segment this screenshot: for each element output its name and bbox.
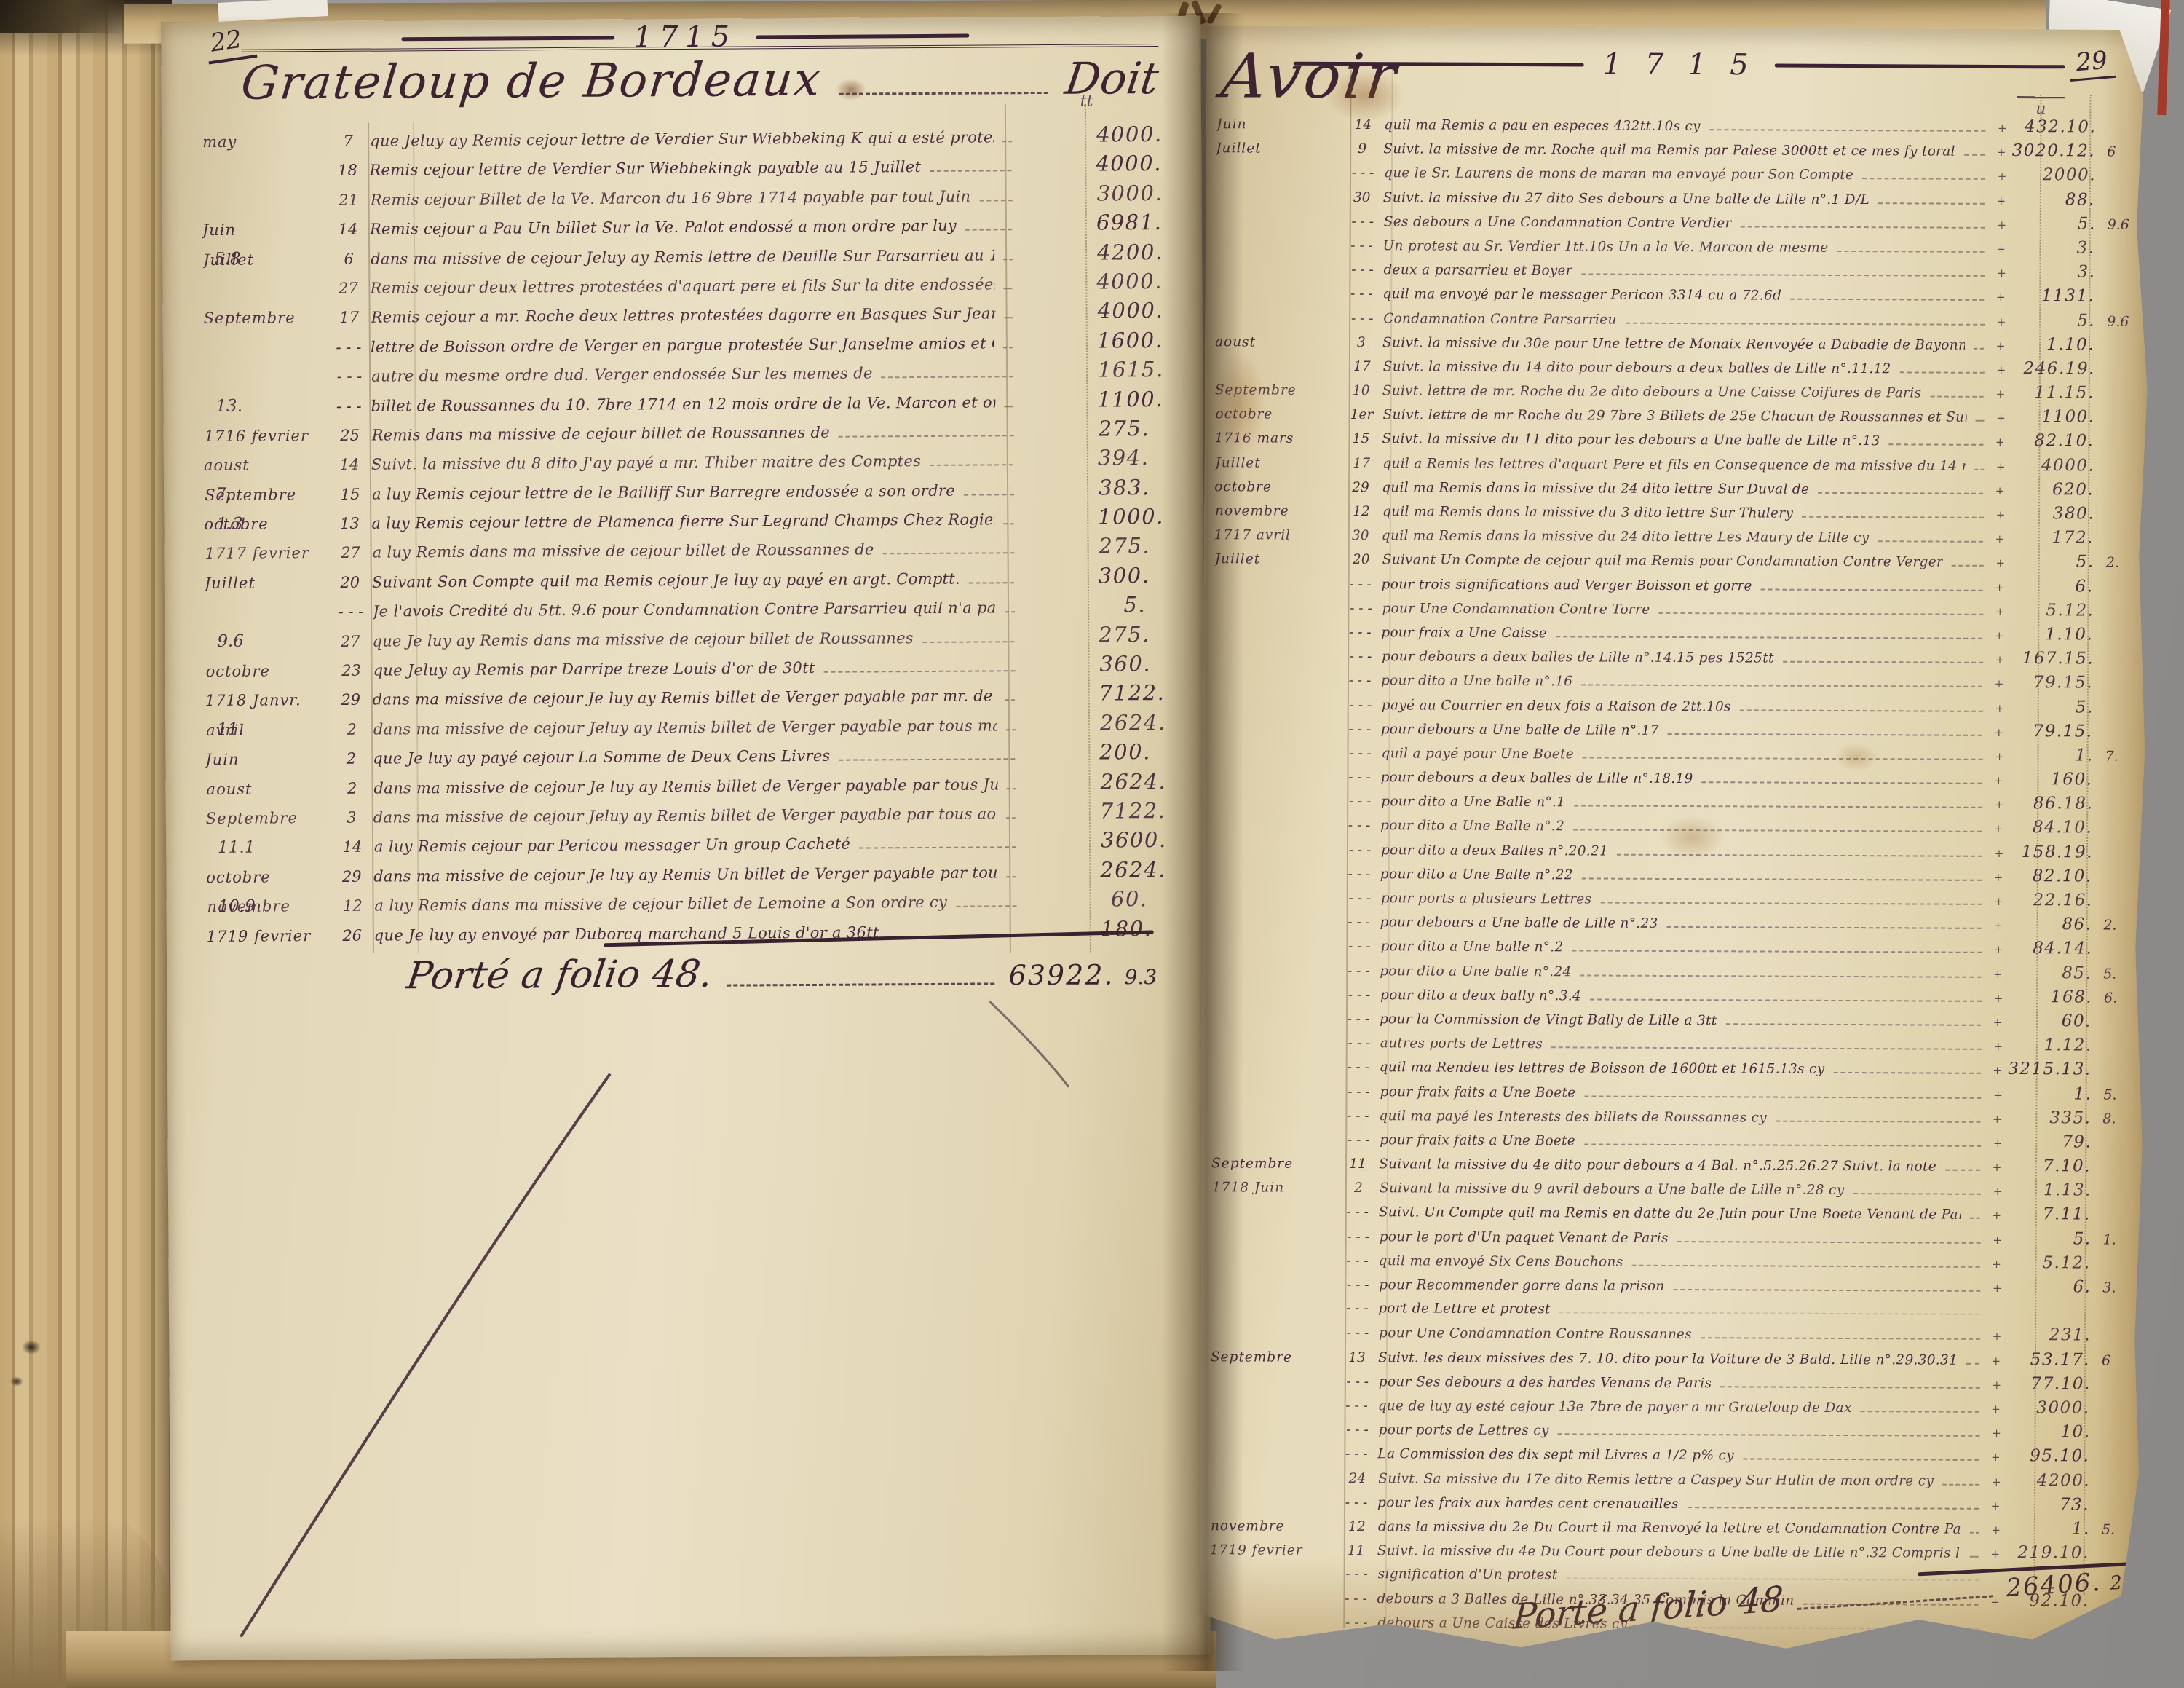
entry-cross-mark: + [1989, 817, 2008, 841]
entry-dash-filler [839, 758, 1016, 760]
entry-text: a luy Remis dans ma missive de cejour bi… [372, 535, 874, 567]
ledger-row: - - - autre du mesme ordre dud. Verger e… [204, 355, 1144, 390]
entry-text: Suivt. la missive de mr. Roche quil ma R… [1383, 137, 1955, 163]
entry-description: pour dito a Une Balle n°.22 [1380, 862, 1989, 889]
entry-dash-filler [1004, 406, 1013, 407]
ledger-row: 1717 avril 30 quil ma Remis dans la miss… [1214, 522, 2133, 551]
entry-cross-mark: + [1987, 1204, 2006, 1228]
entry-dash-filler [1003, 347, 1013, 348]
entry-cross-mark: + [1989, 1035, 2008, 1059]
entry-cross-mark: + [1990, 793, 2009, 817]
entry-amount-sub: 5. [2092, 1083, 2131, 1107]
entry-text: pour fraix faits a Une Boete [1380, 1080, 1575, 1105]
entry-dash-filler [1582, 877, 1982, 880]
entry-dash-filler [1964, 154, 1985, 156]
entry-dash-filler [930, 465, 1013, 467]
entry-amount: 5.12. [2006, 1251, 2090, 1276]
entry-day: - - - [1335, 1611, 1377, 1635]
entry-dash-filler [1581, 685, 1982, 687]
entry-text: Suivt. la missive du 14 dito pour debour… [1383, 355, 1891, 381]
entry-cross-mark: + [1988, 1083, 2007, 1107]
entry-amount: 60. [2007, 1009, 2092, 1034]
entry-dash-filler [859, 847, 1016, 849]
entry-description: Un protest au Sr. Verdier 1tt.10s Un a l… [1383, 234, 1992, 261]
entry-dash-filler [1974, 347, 1984, 349]
entry-dash-filler [1004, 523, 1014, 524]
entry-dash-filler [1573, 829, 1982, 832]
entry-day: - - - [1337, 1104, 1379, 1128]
entry-description: pour le port d'Un paquet Venant de Paris [1380, 1225, 1988, 1252]
entry-cross-mark: + [1992, 309, 2011, 334]
entry-cross-mark: + [1987, 1156, 2006, 1180]
entry-text: Suivt. la missive du 27 dito Ses debours… [1383, 186, 1870, 212]
entry-description: pour dito a deux bally n°.3.4 [1380, 983, 1989, 1010]
entry-day: - - - [1337, 1321, 1379, 1345]
entry-dash-filler [1889, 444, 1984, 446]
entry-cross-mark: + [1992, 358, 2011, 382]
entry-dash-filler [1551, 1046, 1982, 1050]
ledger-row: novembre 12 dans la missive du 2e Du Cou… [1211, 1513, 2129, 1542]
entry-dash-filler [1783, 661, 1983, 663]
entry-text: Remis cejour Billet de la Ve. Marcon du … [371, 181, 971, 214]
year-label: 1 7 1 5 [1603, 48, 1756, 82]
entry-cross-mark: + [1988, 1059, 2007, 1083]
entry-amount: 1600. [1097, 326, 1144, 355]
entry-text: Suivant la missive du 4e dito pour debou… [1379, 1152, 1936, 1178]
entry-day: 1er [1341, 403, 1383, 427]
entry-amount: 172. [2009, 526, 2094, 551]
entry-dash-filler [979, 200, 1012, 201]
ledger-row: may 7 que Jeluy ay Remis cejour lettre d… [202, 119, 1143, 154]
left-total-amount: 63922. [1009, 958, 1115, 991]
entry-day: - - - [1337, 1128, 1380, 1152]
entry-dash-filler [1878, 540, 1983, 543]
entry-day: 30 [1340, 524, 1382, 548]
entry-amount: 3. [2011, 236, 2095, 261]
entry-dash-filler [1743, 1459, 1979, 1461]
entry-day: 14 [326, 215, 370, 244]
entry-cross-mark: + [1990, 527, 2009, 551]
entry-date: aoust [204, 450, 328, 480]
entry-amount: 7122. [1100, 796, 1147, 825]
entry-day: - - - [1339, 620, 1381, 644]
entry-description: Remis cejour a mr. Roche deux lettres pr… [371, 299, 1021, 332]
entry-amount: 7122. [1099, 679, 1146, 708]
entry-day: - - - [1337, 910, 1380, 934]
entry-dash-filler [1952, 565, 1984, 567]
entry-dash-filler [1617, 853, 1982, 856]
entry-text: pour fraix a Une Caisse [1381, 620, 1547, 645]
entry-dash-filler [1702, 781, 1982, 784]
entry-description: pour Une Condamnation Contre Roussannes [1379, 1322, 1987, 1349]
ledger-row: 14 a luy Remis cejour par Pericou messag… [207, 826, 1147, 861]
entry-amount: 275. [1098, 414, 1144, 443]
ledger-row: - - - pour fraix faits a Une Boete + 1. … [1212, 1078, 2131, 1107]
entry-text: Un protest au Sr. Verdier 1tt.10s Un a l… [1383, 234, 1829, 260]
entry-description: La Commission des dix sept mil Livres a … [1377, 1443, 1986, 1470]
entry-text: pour ports a plusieurs Lettres [1381, 886, 1592, 911]
ledger-row: - - - pour la Commission de Vingt Bally … [1212, 1006, 2131, 1034]
entry-day: - - - [1339, 669, 1381, 693]
entry-cross-mark: + [1988, 1011, 2007, 1035]
entry-day: 10 [1340, 379, 1382, 403]
entry-dash-filler [1790, 299, 1984, 301]
ledger-row: Septembre 10 Suivt. lettre de mr. Roche … [1215, 377, 2134, 406]
entry-text: pour dito a Une Balle n°.2 [1380, 814, 1564, 839]
entry-day: 29 [330, 861, 373, 891]
entry-text: payé au Courrier en deux fois a Raison d… [1382, 693, 1731, 719]
entry-amount: 86.18. [2009, 792, 2093, 816]
entry-day: 2 [1337, 1176, 1380, 1200]
ledger-row: - - - pour trois significations aud Verg… [1214, 571, 2133, 599]
entry-dash-filler [1668, 733, 1982, 736]
ledger-row: - - - que le Sr. Laurens de mons de mara… [1216, 160, 2135, 189]
entry-description: que Je luy ay envoyé par Duborcq marchan… [374, 917, 1024, 950]
entry-description: a luy Remis cejour lettre de le Bailliff… [372, 476, 1021, 508]
entry-text: La Commission des dix sept mil Livres a … [1377, 1443, 1734, 1468]
entry-description: pour Ses debours a des hardes Venans de … [1379, 1370, 1987, 1397]
entry-date: Septembre [204, 303, 328, 333]
entry-description: port de Lettre et protest [1378, 1296, 1987, 1323]
entry-date: Juin [205, 744, 329, 774]
entry-cross-mark: + [1989, 866, 2008, 890]
entry-description: dans ma missive de cejour Jeluy ay Remis… [373, 711, 1023, 744]
entry-cross-mark: + [1988, 1132, 2007, 1156]
entry-description: Suivt. la missive du 4e Du Court pour de… [1377, 1539, 1986, 1566]
entry-dash-filler [1574, 805, 1982, 808]
entry-description: Suivt. lettre de mr. Roche du 2e dito de… [1382, 379, 1991, 406]
entry-date: novembre [207, 891, 331, 921]
entry-dash-filler [1600, 902, 1982, 905]
entry-dash-filler [1626, 322, 1985, 325]
entry-date [205, 617, 329, 618]
entry-day: 3 [330, 803, 373, 832]
entry-description: quil ma payé les Interests des billets d… [1379, 1104, 1987, 1131]
entry-text: pour Une Condamnation Contre Torre [1382, 596, 1650, 622]
ledger-row: - - - Suivt. Un Compte quil ma Remis en … [1211, 1199, 2130, 1228]
entry-amount: 3000. [2006, 1396, 2090, 1421]
entry-dash-filler [1969, 1556, 1979, 1558]
entry-amount: 3. [2011, 260, 2095, 285]
entry-description: a luy Remis cejour par Pericou messager … [374, 829, 1024, 861]
entry-date [207, 852, 331, 853]
entry-day: 24 [1336, 1466, 1378, 1490]
entry-cross-mark: + [1989, 938, 2008, 962]
entry-day: - - - [329, 597, 373, 626]
entry-amount: 4000. [1096, 119, 1143, 149]
entry-dash-filler [1970, 1532, 1979, 1534]
ledger-row: octobre 1er Suivt. lettre de mr Roche du… [1216, 401, 2134, 430]
entry-cross-mark: + [1989, 987, 2008, 1011]
entry-day: 11 [1337, 1152, 1379, 1176]
ledger-row: - - - La Commission des dix sept mil Liv… [1210, 1441, 2129, 1470]
entry-description: pour ports de Lettres cy [1378, 1418, 1987, 1445]
entry-description: pour debours a deux balles de Lille n°.1… [1380, 765, 1989, 792]
entry-day: 26 [331, 920, 374, 950]
entry-dash-filler [1878, 202, 1985, 205]
ledger-row: 1719 fevrier 11 Suivt. la missive du 4e … [1210, 1537, 2129, 1566]
entry-dash-filler [1572, 950, 1982, 953]
entry-day: - - - [1336, 1418, 1378, 1442]
entry-amount: 3000. [1096, 178, 1143, 208]
entry-text: Suivt. Un Compte quil ma Remis en datte … [1379, 1201, 1961, 1227]
entry-description: Remis cejour Billet de la Ve. Marcon du … [371, 181, 1020, 214]
carried-forward-label: Porté a folio 48. [404, 953, 715, 998]
entry-dash-filler [1776, 1120, 1980, 1122]
entry-amount: 2624. [1100, 767, 1147, 796]
entry-text: quil ma envoyé par le messager Pericon 3… [1382, 283, 1781, 308]
entry-day: 12 [331, 891, 374, 920]
entry-text: deux a parsarrieu et Boyer [1383, 258, 1572, 283]
entry-dash-filler [930, 170, 1011, 173]
entry-amount-sub: 6 [2090, 1349, 2129, 1373]
entry-description: pour dito a Une balle n°.2 [1380, 935, 1989, 962]
entry-dash-filler [1583, 757, 1983, 760]
ledger-row: Juin 14 quil ma Remis a pau en especes 4… [1216, 111, 2135, 140]
entry-cross-mark: + [1992, 237, 2011, 261]
entry-day: - - - [1336, 1562, 1378, 1586]
entry-cross-mark: + [1987, 1108, 2006, 1132]
entry-cross-mark: + [1987, 1470, 2006, 1494]
entry-amount: 180. [1101, 914, 1147, 943]
entry-amount-sub: 1.3 [205, 509, 328, 539]
entry-description: quil a Remis les lettres d'aquart Pere e… [1382, 451, 1991, 478]
ledger-row: novembre 12 quil ma Remis dans la missiv… [1215, 498, 2134, 526]
entry-day: - - - [1338, 983, 1380, 1007]
entry-text: a luy Remis cejour par Pericou messager … [374, 829, 850, 861]
entry-cross-mark: + [1987, 1277, 2006, 1301]
entry-description: Suivt. la missive de mr. Roche quil ma R… [1383, 137, 1992, 164]
entry-dash-filler [1862, 178, 1985, 180]
entry-dash-filler [1674, 1289, 1981, 1292]
account-name: Grateloup de Bordeaux [239, 53, 824, 111]
left-total-row: Porté a folio 48. 63922. 9.3 [407, 950, 1157, 998]
entry-amount: 11.15. [2010, 381, 2094, 406]
entry-day: 6 [327, 244, 371, 273]
entry-day: - - - [1338, 1031, 1380, 1055]
ledger-row: - - - que de luy ay esté cejour 13e 7bre… [1211, 1392, 2129, 1421]
entry-dash-filler [1688, 1507, 1979, 1510]
entry-dash-filler [1590, 998, 1982, 1001]
entry-cross-mark: + [1992, 141, 2011, 165]
ledger-row: 1716 mars 15 Suivt. la missive du 11 dit… [1214, 426, 2133, 454]
ledger-row: - - - pour dito a deux Balles n°.20.21 +… [1214, 837, 2132, 865]
entry-description: pour trois significations aud Verger Boi… [1382, 572, 1990, 599]
entry-date: 1717 fevrier [205, 538, 328, 568]
entry-amount: 82.10. [2009, 429, 2094, 454]
ledger-row: novembre 12 a luy Remis dans ma missive … [207, 884, 1147, 919]
entry-day: - - - [1340, 644, 1382, 669]
entry-day: 20 [1340, 548, 1382, 572]
entry-date: may [202, 127, 326, 157]
entry-description: Suivt. Sa missive du 17e dito Remis lett… [1378, 1467, 1987, 1494]
entry-day: - - - [1337, 1273, 1379, 1297]
entry-cross-mark: + [1991, 382, 2010, 406]
entry-day: - - - [1335, 1491, 1377, 1515]
entry-day: 9 [1341, 137, 1383, 161]
entry-amount: 275. [1099, 532, 1145, 561]
entry-text: Suivt. la missive du 11 dito pour les de… [1382, 427, 1880, 454]
entry-date [203, 205, 327, 206]
entry-dash-filler [1720, 1386, 1980, 1389]
entry-description: pour dito a Une balle n°.24 [1380, 959, 1988, 986]
entry-day: 23 [329, 656, 373, 685]
ledger-row: - - - pour Ses debours a des hardes Vena… [1211, 1368, 2130, 1397]
entry-dash-filler [1005, 611, 1015, 612]
entry-description: Suivant la missive du 9 avril debours a … [1380, 1176, 1988, 1203]
ledger-row: - - - pour les fraix aux hardes cent cre… [1210, 1489, 2129, 1518]
ledger-row: - - - pour debours a deux balles de Lill… [1213, 764, 2132, 792]
entry-text: a luy Remis dans ma missive de cejour bi… [374, 888, 947, 920]
entry-text: pour Une Condamnation Contre Roussannes [1379, 1322, 1692, 1347]
entry-description: autres ports de Lettres [1380, 1031, 1989, 1058]
ledger-row: 24 Suivt. Sa missive du 17e dito Remis l… [1211, 1465, 2129, 1494]
entry-text: Suivant la missive du 9 avril debours a … [1380, 1176, 1845, 1202]
photo-corner-shadow [0, 0, 124, 33]
entry-text: Suivt. les deux missives des 7. 10. dito… [1378, 1346, 1958, 1372]
entry-cross-mark: + [1988, 1228, 2007, 1253]
entry-amount-sub: 2. [2094, 551, 2134, 575]
entry-amount: 360. [1099, 649, 1146, 678]
ledger-row: - - - autres ports de Lettres + 1.12. [1213, 1030, 2132, 1058]
entry-date: Septembre [205, 480, 328, 510]
entry-dash-filler [882, 376, 1014, 378]
entry-amount: 167.15. [2009, 647, 2094, 671]
ledger-row: 21 Remis cejour Billet de la Ve. Marcon … [203, 178, 1144, 213]
entry-amount: 86. [2007, 912, 2092, 937]
entry-cross-mark: + [1990, 600, 2009, 624]
entry-dash-filler [839, 435, 1014, 437]
entry-day: 17 [1340, 451, 1382, 476]
entry-amount-sub: 6 [2095, 141, 2134, 165]
entry-amount-sub: 7. [2093, 744, 2132, 768]
entry-day: - - - [1340, 282, 1382, 306]
entry-day: 27 [326, 274, 370, 303]
entry-text: Suivt. lettre de mr. Roche du 2e dito de… [1382, 379, 1922, 405]
ledger-row: 1718 Juin 2 Suivant la missive du 9 avri… [1212, 1175, 2131, 1203]
entry-amount: 1100. [1097, 384, 1144, 414]
entry-dash-filler [1658, 612, 1983, 615]
ledger-row: - - - pour le port d'Un paquet Venant de… [1212, 1223, 2131, 1252]
entry-description: Suivt. les deux missives des 7. 10. dito… [1378, 1346, 1987, 1373]
entry-text: quil ma Remis dans la missive du 24 dito… [1382, 524, 1870, 550]
entry-text: Condamnation Contre Parsarrieu [1383, 307, 1617, 331]
entry-date: octobre [206, 862, 330, 892]
entry-amount: 84.14. [2008, 936, 2092, 961]
entry-text: pour Ses debours a des hardes Venans de … [1379, 1370, 1712, 1395]
entry-dash-filler [1930, 396, 1983, 398]
entry-dash-filler [956, 905, 1016, 907]
entry-date: Juillet [203, 245, 327, 275]
ledger-row: - - - pour ports a plusieurs Lettres + 2… [1214, 885, 2132, 913]
ledger-row: Septembre 11 Suivant la missive du 4e di… [1211, 1151, 2130, 1179]
entry-day: - - - [1336, 1296, 1378, 1320]
entry-description: pour dito a Une balle n°.16 [1381, 669, 1990, 696]
entry-text: pour ports de Lettres cy [1378, 1418, 1548, 1443]
entry-amount: 5. [2009, 695, 2094, 719]
entry-amount: 200. [1099, 737, 1146, 766]
book-stacked-page-edges [0, 0, 172, 1688]
ledger-row: - - - pour debours a Une balle de Lille … [1214, 716, 2132, 744]
entry-text: pour Recommender gorre dans la prison [1379, 1273, 1664, 1298]
entry-cross-mark: + [1990, 575, 2009, 599]
entry-amount: 231. [2006, 1323, 2091, 1348]
entry-text: quil a Remis les lettres d'aquart Pere e… [1382, 451, 1966, 478]
entry-day: 18 [325, 156, 369, 185]
entry-cross-mark: + [1990, 842, 2009, 866]
entry-text: autre du mesme ordre dud. Verger endossé… [371, 359, 873, 391]
entry-amount: 275. [1099, 620, 1145, 649]
entry-day: - - - [1342, 161, 1384, 185]
entry-day: - - - [1337, 959, 1380, 983]
entry-text: pour debours a Une balle de Lille n°.17 [1381, 717, 1659, 743]
entry-description: quil ma Rendeu les lettres de Boisson de… [1380, 1056, 1988, 1083]
entry-description: Condamnation Contre Parsarrieu [1383, 307, 1992, 334]
entry-amount: 7.11. [2006, 1202, 2091, 1227]
entry-description: Suivt. lettre de mr Roche du 29 7bre 3 B… [1383, 403, 1992, 430]
entry-day: - - - [1336, 1249, 1378, 1273]
entry-amount: 1. [2007, 1081, 2092, 1106]
entry-day: - - - [1337, 1007, 1380, 1031]
entry-text: Suivt. lettre de mr Roche du 29 7bre 3 B… [1383, 403, 1967, 429]
entry-text: pour debours a deux balles de Lille n°.1… [1382, 644, 1774, 670]
entry-day: - - - [1336, 1394, 1378, 1418]
entry-amount: 95.10. [2005, 1444, 2089, 1469]
entry-text: Remis cejour a mr. Roche deux lettres pr… [371, 299, 996, 332]
entry-day: - - - [1340, 596, 1382, 620]
ledger-row: - - - pour dito a Une Balle n°.2 + 84.10… [1213, 813, 2132, 841]
entry-text: que Jeluy ay Remis par Darripe treze Lou… [373, 653, 815, 685]
entry-amount: 1. [2006, 1517, 2090, 1542]
entry-text: quil a payé pour Une Boete [1381, 741, 1574, 766]
entry-dash-filler [1005, 700, 1015, 701]
entry-dash-filler [1741, 226, 1985, 228]
entry-text: quil ma Remis dans la missive du 24 dito… [1382, 476, 1809, 502]
entry-description: que Jeluy ay Remis cejour lettre de Verd… [370, 122, 1019, 155]
entry-amount: 160. [2008, 768, 2092, 792]
entry-text: pour trois significations aud Verger Boi… [1382, 572, 1752, 598]
entry-amount: 394. [1098, 443, 1144, 472]
entry-dash-filler [1580, 974, 1982, 977]
entry-description: quil ma envoyé par le messager Pericon 3… [1382, 283, 1991, 309]
entry-description: pour fraix a Une Caisse [1381, 620, 1990, 647]
entry-amount: 84.10. [2008, 816, 2092, 840]
entry-description: pour ports a plusieurs Lettres [1381, 886, 1990, 913]
entry-amount [2006, 1315, 2090, 1316]
entry-description: pour Recommender gorre dans la prison [1379, 1273, 1987, 1300]
entry-description: quil ma Remis dans la missive du 3 dito … [1382, 500, 1991, 526]
entry-day: - - - [1338, 813, 1380, 837]
entry-description: que Jeluy ay Remis par Darripe treze Lou… [373, 652, 1022, 685]
entry-amount: 4000. [1096, 149, 1142, 178]
entry-text: port de Lettre et protest [1378, 1296, 1551, 1321]
entry-dash-filler [1837, 251, 1984, 253]
ledger-row: - - - pour fraix faits a Une Boete + 79. [1212, 1127, 2131, 1155]
entry-amount: 4200. [2006, 1468, 2090, 1493]
entry-dash-filler [1701, 1338, 1980, 1341]
entry-day: - - - [1337, 1055, 1380, 1079]
entry-cross-mark: + [1987, 1518, 2006, 1542]
rule-line [401, 36, 614, 41]
ledger-row: Juillet 9 Suivt. la missive de mr. Roche… [1216, 135, 2134, 164]
entry-day: 13 [328, 509, 371, 538]
entry-amount: 5. [1099, 590, 1146, 619]
left-total-amount-sub: 9.3 [1115, 965, 1158, 989]
entry-text: pour dito a Une balle n°.2 [1380, 935, 1563, 960]
entry-date [205, 647, 328, 647]
book-gutter-shadow [1162, 13, 1243, 1671]
ledger-row: - - - pour dito a deux bally n°.3.4 + 16… [1213, 982, 2132, 1010]
